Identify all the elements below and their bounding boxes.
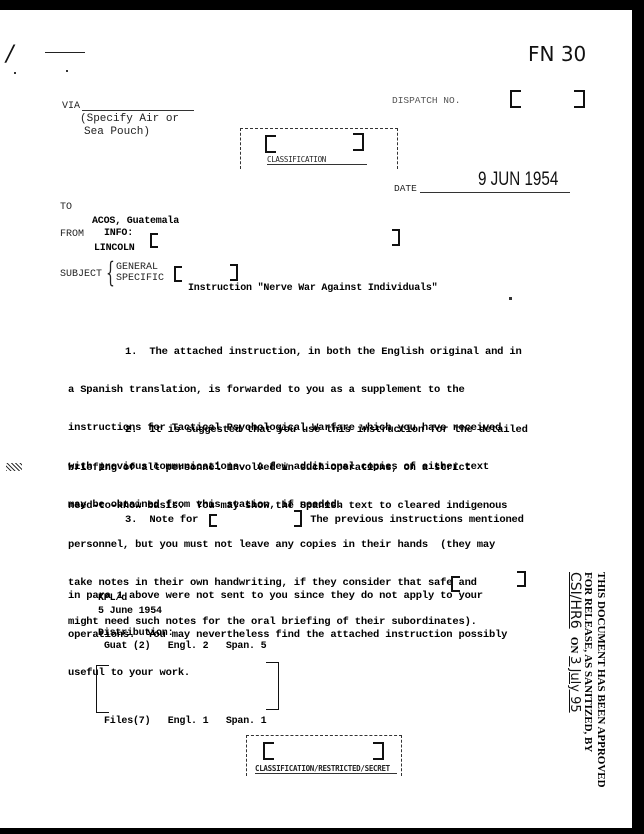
files-distribution: Files(7) Engl. 1 Span. 1 <box>104 716 266 727</box>
handwritten-dash <box>45 52 85 53</box>
info-label: INFO: <box>104 228 133 239</box>
paragraph-number: 2. <box>125 424 137 436</box>
release-stamp-date: 3 July 95 <box>567 656 582 712</box>
date-field-line <box>420 192 570 193</box>
redaction-bracket-right <box>230 264 238 281</box>
dispatch-number-label: DISPATCH NO. <box>392 95 460 106</box>
paragraph-number: 1. <box>125 346 137 358</box>
paragraph-line: The previous instructions mentioned <box>310 514 524 526</box>
redaction-bracket-right <box>517 571 526 587</box>
footer-date: 5 June 1954 <box>98 606 162 617</box>
via-field-line <box>82 110 194 111</box>
scan-artifact <box>6 463 22 471</box>
redaction-bracket-left <box>451 576 460 592</box>
distribution-label: Distribution: <box>98 628 173 639</box>
redaction-bracket-left <box>96 665 109 713</box>
subject-title: Instruction "Nerve War Against Individua… <box>188 283 437 294</box>
subject-general: GENERAL <box>116 262 164 273</box>
release-stamp: THIS DOCUMENT HAS BEEN APPROVED FOR RELE… <box>567 572 607 788</box>
classification-label: CLASSIFICATION <box>267 155 367 165</box>
handwritten-check-mark: / <box>6 42 13 67</box>
paragraph-line: in para 1 above were not sent to you sin… <box>68 590 548 603</box>
subject-options: GENERAL SPECIFIC <box>116 262 164 284</box>
release-stamp-handwritten-id: CSI/HR6 <box>567 572 583 629</box>
from-value: LINCOLN <box>94 243 135 254</box>
classification-label: CLASSIFICATION/RESTRICTED/SECRET <box>255 764 397 774</box>
redaction-bracket-right <box>574 90 585 108</box>
subject-specific: SPECIFIC <box>116 273 164 284</box>
redaction-bracket-left <box>510 90 521 108</box>
subject-brace: { <box>106 259 115 287</box>
paragraph-line: It is suggested that you use this instru… <box>149 424 527 436</box>
redaction-bracket-right <box>266 662 279 710</box>
from-label: FROM <box>60 229 84 240</box>
paragraph-line: briefing of all personnel involved in su… <box>68 462 548 475</box>
to-value: ACOS, Guatemala <box>92 216 179 227</box>
redaction-bracket-right <box>392 229 400 246</box>
date-value: 9 JUN 1954 <box>478 169 558 191</box>
file-number: FN 30 <box>528 42 586 66</box>
classification-stamp-bottom: CLASSIFICATION/RESTRICTED/SECRET <box>246 735 402 776</box>
date-label: DATE <box>394 183 417 194</box>
release-stamp-on: ON <box>568 637 580 654</box>
distribution-list: Guat (2) Engl. 2 Span. 5 <box>104 641 266 652</box>
via-note-line1: (Specify Air or <box>80 113 179 126</box>
to-label: TO <box>60 202 72 213</box>
classification-stamp-top: CLASSIFICATION <box>240 128 398 169</box>
redaction-bracket-left <box>174 266 182 282</box>
paragraph-line: a Spanish translation, is forwarded to y… <box>68 384 548 397</box>
paragraph-line: The attached instruction, in both the En… <box>149 346 521 358</box>
paragraph-line: useful to your work. <box>68 667 548 680</box>
subject-label: SUBJECT <box>60 269 102 280</box>
redaction-bracket-left <box>150 233 158 248</box>
paragraph-number: 3. <box>125 514 137 526</box>
paragraph-lead: Note for <box>149 514 198 526</box>
release-stamp-line1: THIS DOCUMENT HAS BEEN APPROVED <box>594 572 607 788</box>
paragraph-3: 3. Note forThe previous instructions men… <box>68 488 548 706</box>
via-note: (Specify Air or Sea Pouch) <box>80 113 179 139</box>
document-page: / FN 30 VIA (Specify Air or Sea Pouch) D… <box>0 10 632 828</box>
reference-initials: KPL/d <box>98 593 127 604</box>
via-note-line2: Sea Pouch) <box>80 126 179 139</box>
via-label: VIA <box>62 101 80 112</box>
